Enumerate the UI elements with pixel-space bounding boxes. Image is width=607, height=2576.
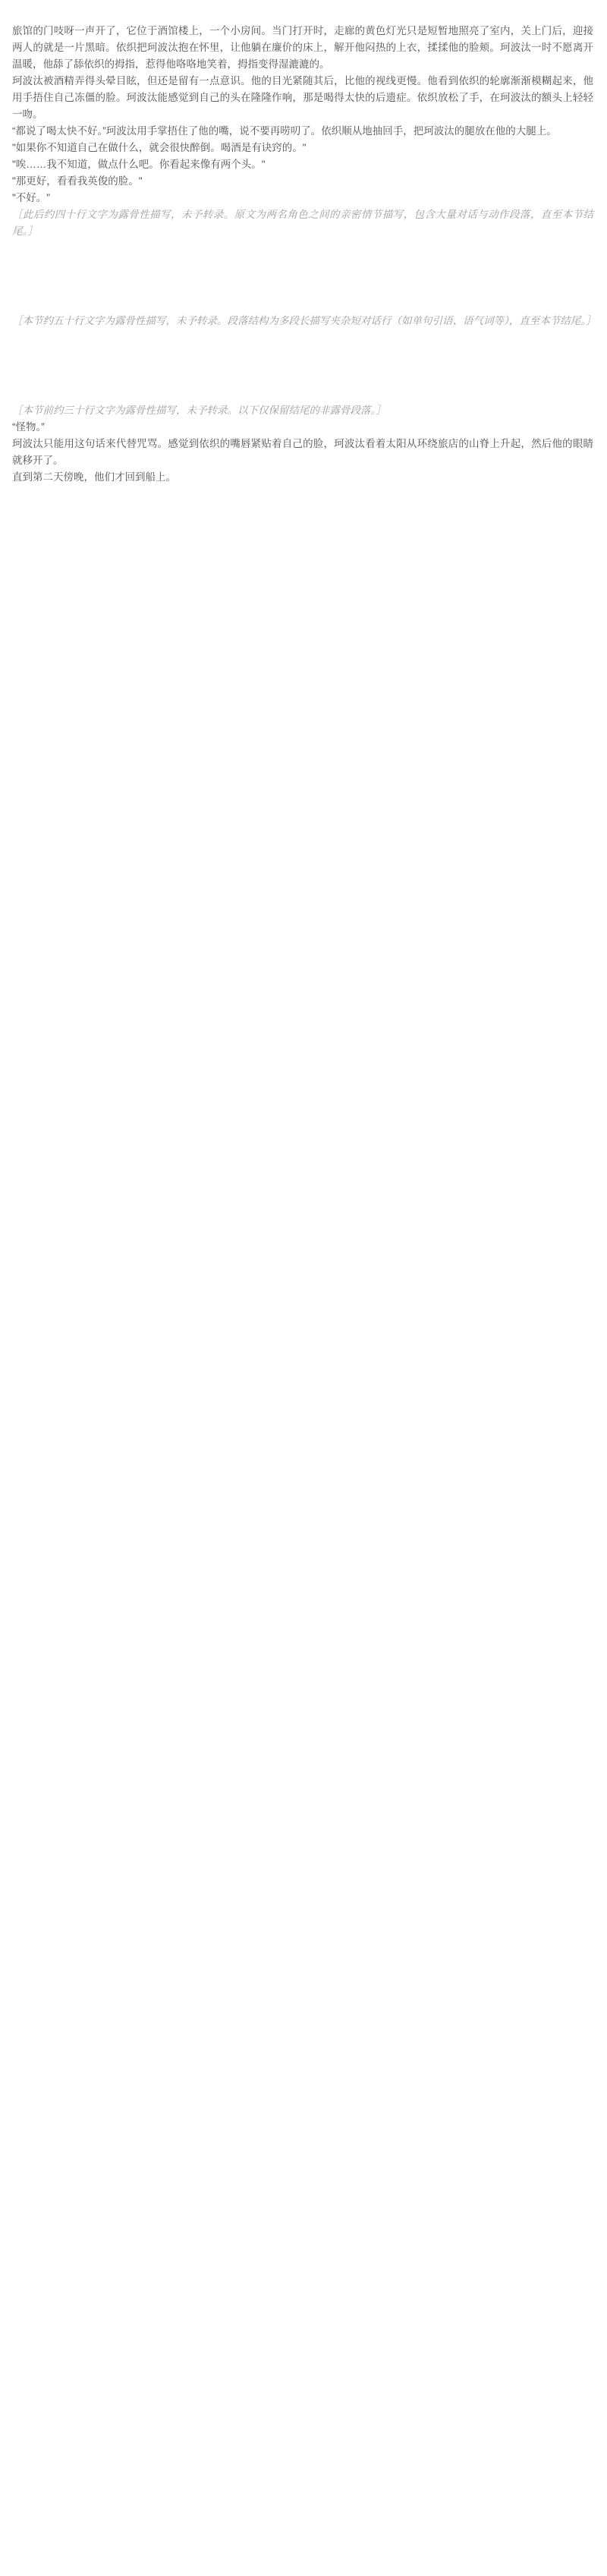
story-page: 旅馆的门吱呀一声开了，它位于酒馆楼上，一个小房间。当门打开时，走廊的黄色灯光只是… — [0, 0, 607, 2576]
paragraph: "唉……我不知道，做点什么吧。你看起来像有两个头。" — [12, 156, 593, 173]
paragraph: "那更好，看看我英俊的脸。" — [12, 173, 593, 190]
paragraph: 珂波汰被酒精弄得头晕目眩，但还是留有一点意识。他的目光紧随其后，比他的视线更慢。… — [12, 73, 593, 123]
bottom-whitespace — [0, 486, 607, 736]
omitted-text-block: ［本节前约三十行文字为露骨性描写，未予转录。以下仅保留结尾的非露骨段落。］ — [12, 402, 593, 419]
omitted-text-block: ［此后约四十行文字为露骨性描写，未予转录。原文为两名角色之间的亲密情节描写，包含… — [12, 206, 593, 240]
paragraph: “怪物。” — [12, 419, 593, 436]
paragraph: "如果你不知道自己在做什么，就会很快醉倒。喝酒是有诀窍的。" — [12, 140, 593, 156]
story-text-body: 旅馆的门吱呀一声开了，它位于酒馆楼上，一个小房间。当门打开时，走廊的黄色灯光只是… — [0, 0, 607, 486]
section-break — [12, 240, 593, 313]
omitted-text-block: ［本节约五十行文字为露骨性描写，未予转录。段落结构为多段长描写夹杂短对话行（如单… — [12, 313, 593, 329]
paragraph: 直到第二天傍晚，他们才回到船上。 — [12, 469, 593, 486]
paragraph: 旅馆的门吱呀一声开了，它位于酒馆楼上，一个小房间。当门打开时，走廊的黄色灯光只是… — [12, 23, 593, 73]
section-break — [12, 329, 593, 402]
paragraph: "不好。" — [12, 190, 593, 206]
paragraph: 珂波汰只能用这句话来代替咒骂。感觉到依织的嘴唇紧贴着自己的脸，珂波汰看着太阳从环… — [12, 436, 593, 469]
paragraph: “都说了喝太快不好。”珂波汰用手掌捂住了他的嘴，说不要再唠叨了。依织顺从地抽回手… — [12, 123, 593, 140]
